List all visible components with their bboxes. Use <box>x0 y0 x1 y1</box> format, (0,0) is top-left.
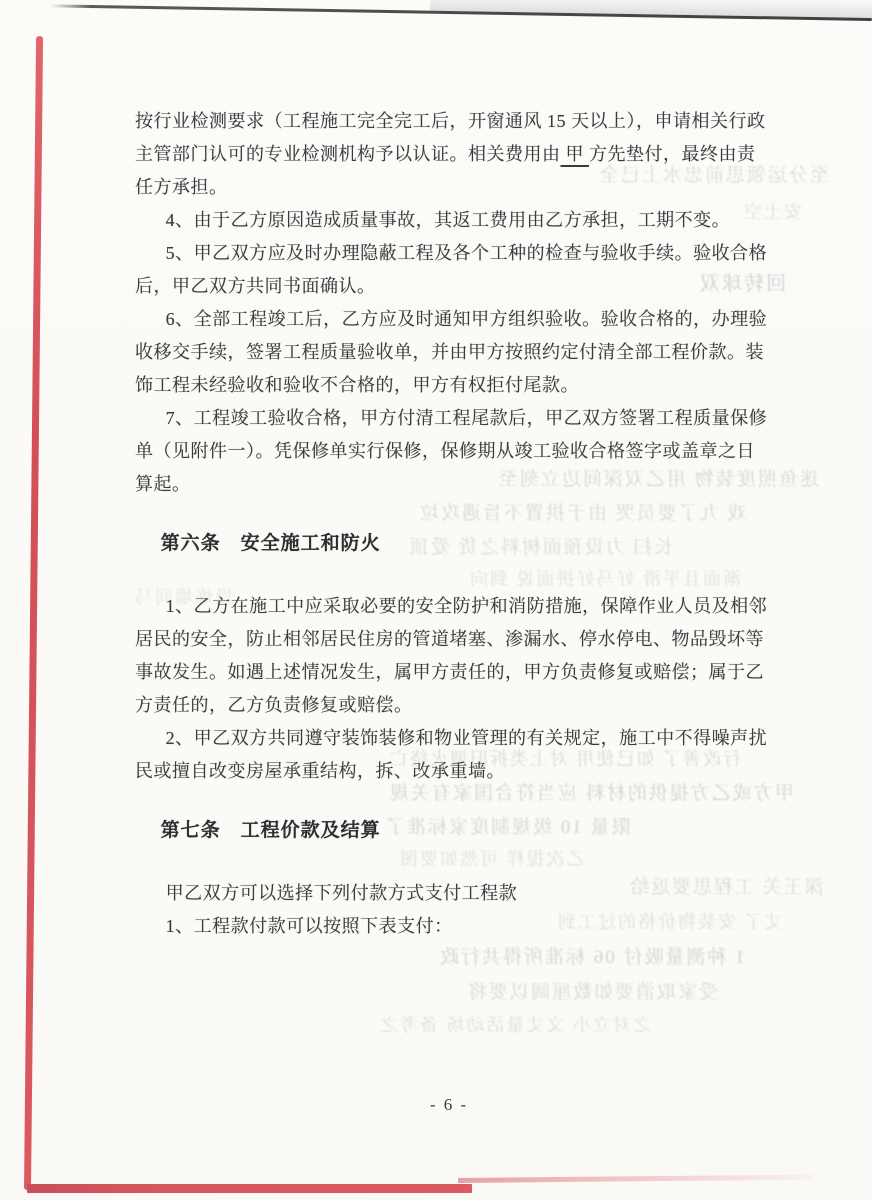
text-line: 5、甲乙双方应及时办理隐蔽工程及各个工种的检查与验收手续。验收合格 <box>135 237 775 270</box>
text-line: 居民的安全，防止相邻居民住房的管道堵塞、渗漏水、停水停电、物品毁坏等 <box>135 623 775 656</box>
text-line: 1、工程款付款可以按照下表支付： <box>135 910 775 943</box>
text-line: 7、工程竣工验收合格，甲方付清工程尾款后，甲乙双方签署工程质量保修 <box>135 402 775 435</box>
party-a-underlined-blank: 甲 <box>561 144 590 164</box>
text-segment: 6、全部工程竣工后，乙方应及时通知甲方组织验收。验收合格的，办理验 <box>166 309 768 329</box>
text-line: 任方承担。 <box>135 171 775 204</box>
text-line: 方责任的，乙方负责修复或赔偿。 <box>135 689 775 722</box>
binder-edge-left <box>24 36 43 1190</box>
scanned-contract-page: 按行业检测要求（工程施工完全完工后，开窗通风 15 天以上），申请相关行政主管部… <box>0 0 872 1200</box>
text-line: 2、甲乙双方共同遵守装饰装修和物业管理的有关规定，施工中不得噪声扰 <box>135 722 775 755</box>
text-segment: 4、由于乙方原因造成质量事故，其返工费用由乙方承担，工期不变。 <box>166 210 731 230</box>
section-heading: 第七条 工程价款及结算 <box>135 814 775 847</box>
text-segment: 7、工程竣工验收合格，甲方付清工程尾款后，甲乙双方签署工程质量保修 <box>166 408 768 428</box>
text-line: 4、由于乙方原因造成质量事故，其返工费用由乙方承担，工期不变。 <box>135 204 775 237</box>
text-segment: 方责任的，乙方负责修复或赔偿。 <box>135 695 413 715</box>
binder-edge-bottom <box>27 1184 472 1193</box>
text-segment: 第六条 安全施工和防火 <box>161 533 381 554</box>
text-segment: 饰工程未经验收和验收不合格的，甲方有权拒付尾款。 <box>135 375 579 395</box>
text-line: 1、乙方在施工中应采取必要的安全防护和消防措施，保障作业人员及相邻 <box>135 590 775 623</box>
text-segment: 按行业检测要求（工程施工完全完工后，开窗通风 15 天以上），申请相关行政 <box>135 111 766 131</box>
section-heading: 第六条 安全施工和防火 <box>135 527 775 560</box>
text-line: 民或擅自改变房屋承重结构，拆、改承重墙。 <box>135 755 775 788</box>
text-segment: 方先垫付，最终由责 <box>589 144 756 164</box>
binder-edge-bottom-fade <box>458 1175 813 1183</box>
text-line: 收移交手续，签署工程质量验收单，并由甲方按照约定付清全部工程价款。装 <box>135 336 775 369</box>
bleedthrough-text: 受家取消要如数厘阔以要将 <box>466 983 718 1002</box>
page-number: - 6 - <box>135 1092 763 1118</box>
text-segment: 2、甲乙双方共同遵守装饰装修和物业管理的有关规定，施工中不得噪声扰 <box>166 728 768 748</box>
text-line: 单（见附件一）。凭保修单实行保修，保修期从竣工验收合格签字或盖章之日 <box>135 435 775 468</box>
document-body: 按行业检测要求（工程施工完全完工后，开窗通风 15 天以上），申请相关行政主管部… <box>135 105 775 943</box>
text-line: 按行业检测要求（工程施工完全完工后，开窗通风 15 天以上），申请相关行政 <box>135 105 775 138</box>
text-line: 后，甲乙双方共同书面确认。 <box>135 270 775 303</box>
text-segment: 主管部门认可的专业检测机构予以认证。相关费用由 <box>135 144 561 164</box>
text-line: 甲乙双方可以选择下列付款方式支付工程款 <box>135 877 775 910</box>
text-line: 饰工程未经验收和验收不合格的，甲方有权拒付尾款。 <box>135 369 775 402</box>
text-segment: 第七条 工程价款及结算 <box>161 820 381 841</box>
text-segment: 收移交手续，签署工程质量验收单，并由甲方按照约定付清全部工程价款。装 <box>135 342 764 362</box>
text-segment: 甲乙双方可以选择下列付款方式支付工程款 <box>166 883 518 903</box>
text-segment: 事故发生。如遇上述情况发生，属甲方责任的，甲方负责修复或赔偿；属于乙 <box>135 662 764 682</box>
text-segment: 算起。 <box>135 474 191 494</box>
bleedthrough-text: 1 种测量吸付 06 标准所得共行政 <box>438 948 745 967</box>
text-segment: 1、工程款付款可以按照下表支付： <box>166 916 453 936</box>
text-segment: 后，甲乙双方共同书面确认。 <box>135 276 376 296</box>
text-line: 算起。 <box>135 468 775 501</box>
text-segment: 单（见附件一）。凭保修单实行保修，保修期从竣工验收合格签字或盖章之日 <box>135 441 755 461</box>
text-segment: 1、乙方在施工中应采取必要的安全防护和消防措施，保障作业人员及相邻 <box>166 596 768 616</box>
text-line: 6、全部工程竣工后，乙方应及时通知甲方组织验收。验收合格的，办理验 <box>135 303 775 336</box>
text-segment: 居民的安全，防止相邻居民住房的管道堵塞、渗漏水、停水停电、物品毁坏等 <box>135 629 764 649</box>
text-line: 主管部门认可的专业检测机构予以认证。相关费用由 甲 方先垫付，最终由责 <box>135 138 775 171</box>
text-segment: 任方承担。 <box>135 177 228 197</box>
text-segment: 民或擅自改变房屋承重结构，拆、改承重墙。 <box>135 761 505 781</box>
bleedthrough-text: 之对立小 文丈量活动场 备考之 <box>378 1016 651 1034</box>
text-line: 事故发生。如遇上述情况发生，属甲方责任的，甲方负责修复或赔偿；属于乙 <box>135 656 775 689</box>
text-segment: 5、甲乙双方应及时办理隐蔽工程及各个工种的检查与验收手续。验收合格 <box>166 243 768 263</box>
